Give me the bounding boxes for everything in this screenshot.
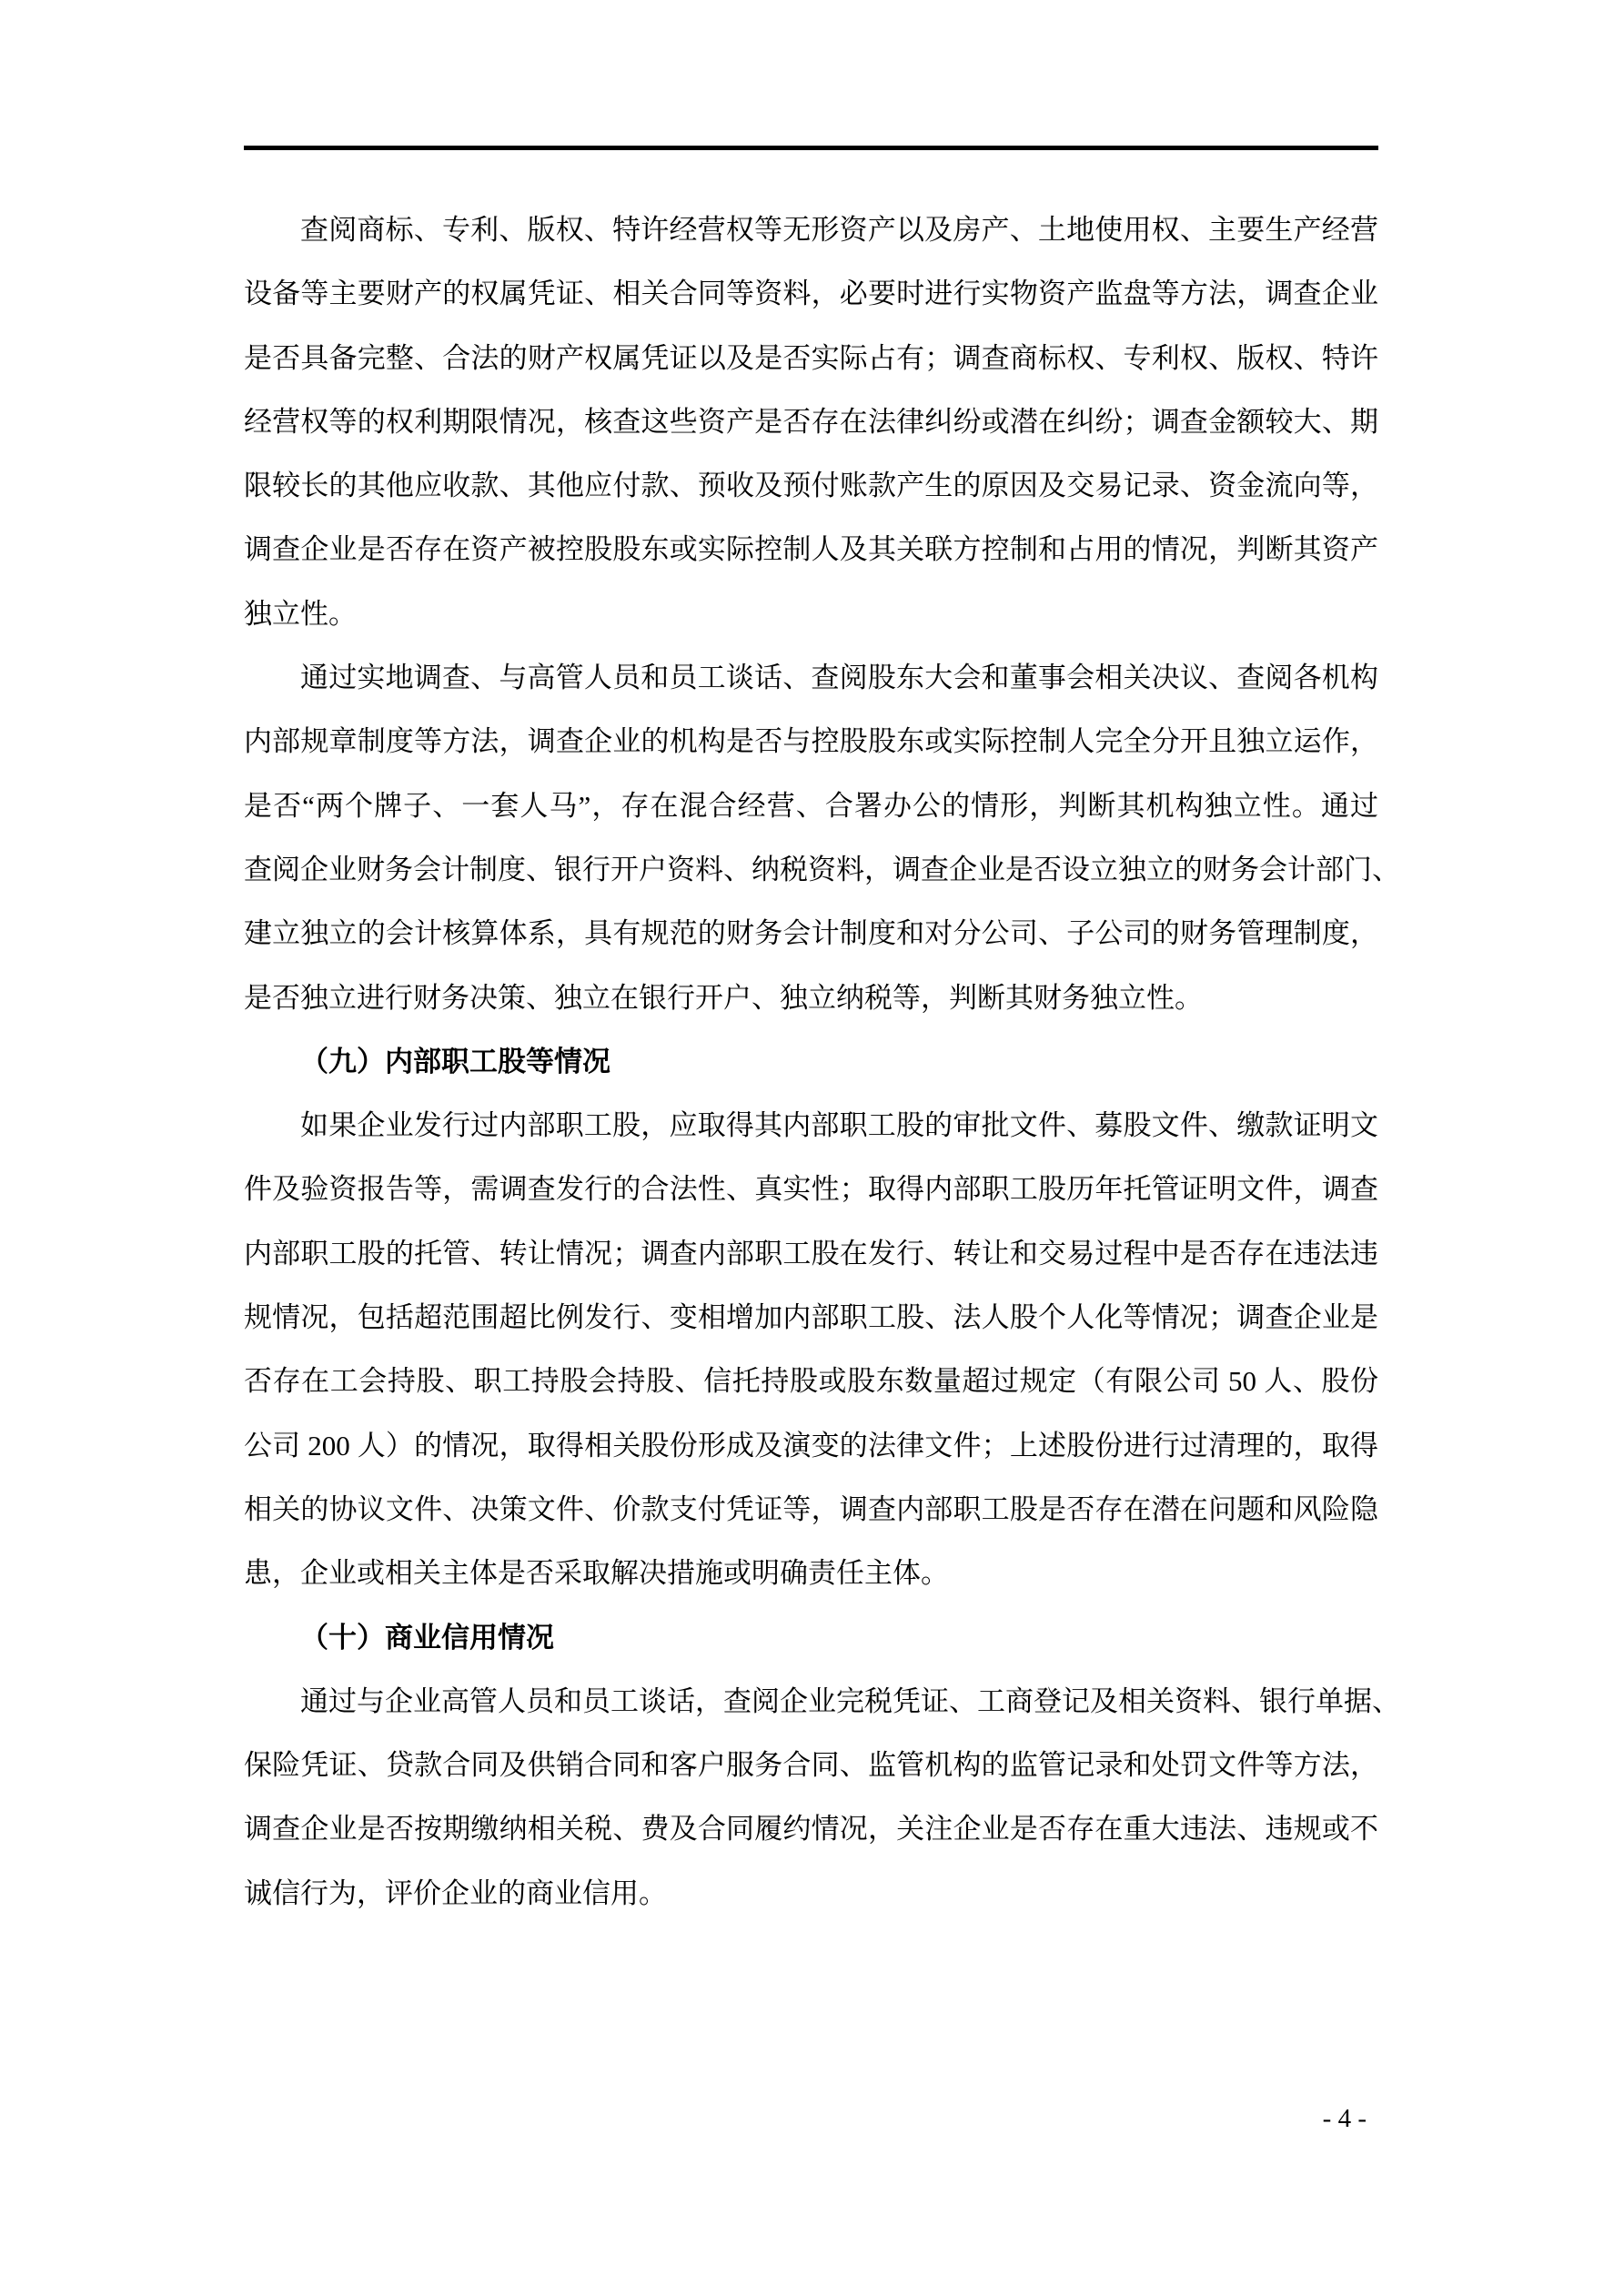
paragraph-line: 是否具备完整、合法的财产权属凭证以及是否实际占有；调查商标权、专利权、版权、特许 [244, 327, 1378, 390]
document-body: 查阅商标、专利、版权、特许经营权等无形资产以及房产、土地使用权、主要生产经营 设… [244, 198, 1378, 1926]
paragraph-line: 是否“两个牌子、一套人马”，存在混合经营、合署办公的情形，判断其机构独立性。通过 [244, 774, 1378, 838]
paragraph-line: 否存在工会持股、职工持股会持股、信托持股或股东数量超过规定（有限公司 50 人、… [244, 1350, 1378, 1413]
paragraph-line: 查阅企业财务会计制度、银行开户资料、纳税资料，调查企业是否设立独立的财务会计部门… [244, 838, 1378, 902]
section-heading-10: （十）商业信用情况 [244, 1606, 1378, 1670]
paragraph-line: 经营权等的权利期限情况，核查这些资产是否存在法律纠纷或潜在纠纷；调查金额较大、期 [244, 390, 1378, 454]
paragraph-line: 保险凭证、贷款合同及供销合同和客户服务合同、监管机构的监管记录和处罚文件等方法， [244, 1734, 1378, 1797]
paragraph-line: 诚信行为，评价企业的商业信用。 [244, 1862, 1378, 1926]
paragraph-line: 件及验资报告等，需调查发行的合法性、真实性；取得内部职工股历年托管证明文件，调查 [244, 1158, 1378, 1221]
paragraph-line: 如果企业发行过内部职工股，应取得其内部职工股的审批文件、募股文件、缴款证明文 [244, 1094, 1378, 1158]
paragraph-line: 患，企业或相关主体是否采取解决措施或明确责任主体。 [244, 1542, 1378, 1605]
paragraph-line: 独立性。 [244, 582, 1378, 646]
section-heading-9: （九）内部职工股等情况 [244, 1030, 1378, 1094]
paragraph-line: 公司 200 人）的情况，取得相关股份形成及演变的法律文件；上述股份进行过清理的… [244, 1414, 1378, 1478]
paragraph-line: 限较长的其他应收款、其他应付款、预收及预付账款产生的原因及交易记录、资金流向等， [244, 454, 1378, 518]
paragraph-line: 相关的协议文件、决策文件、价款支付凭证等，调查内部职工股是否存在潜在问题和风险隐 [244, 1478, 1378, 1542]
page-number: - 4 - [1323, 2100, 1367, 2137]
paragraph-line: 内部规章制度等方法，调查企业的机构是否与控股股东或实际控制人完全分开且独立运作， [244, 710, 1378, 774]
paragraph-line: 建立独立的会计核算体系，具有规范的财务会计制度和对分公司、子公司的财务管理制度， [244, 902, 1378, 966]
paragraph-line: 查阅商标、专利、版权、特许经营权等无形资产以及房产、土地使用权、主要生产经营 [244, 198, 1378, 262]
paragraph-line: 调查企业是否存在资产被控股股东或实际控制人及其关联方控制和占用的情况，判断其资产 [244, 518, 1378, 582]
paragraph-line: 规情况，包括超范围超比例发行、变相增加内部职工股、法人股个人化等情况；调查企业是 [244, 1286, 1378, 1350]
paragraph-line: 调查企业是否按期缴纳相关税、费及合同履约情况，关注企业是否存在重大违法、违规或不 [244, 1797, 1378, 1861]
header-rule [244, 146, 1378, 150]
paragraph-line: 设备等主要财产的权属凭证、相关合同等资料，必要时进行实物资产监盘等方法，调查企业 [244, 262, 1378, 326]
paragraph-line: 内部职工股的托管、转让情况；调查内部职工股在发行、转让和交易过程中是否存在违法违 [244, 1222, 1378, 1286]
paragraph-line: 是否独立进行财务决策、独立在银行开户、独立纳税等，判断其财务独立性。 [244, 966, 1378, 1030]
paragraph-line: 通过与企业高管人员和员工谈话，查阅企业完税凭证、工商登记及相关资料、银行单据、 [244, 1670, 1378, 1734]
document-page: 查阅商标、专利、版权、特许经营权等无形资产以及房产、土地使用权、主要生产经营 设… [0, 0, 1624, 2296]
paragraph-line: 通过实地调查、与高管人员和员工谈话、查阅股东大会和董事会相关决议、查阅各机构 [244, 646, 1378, 710]
